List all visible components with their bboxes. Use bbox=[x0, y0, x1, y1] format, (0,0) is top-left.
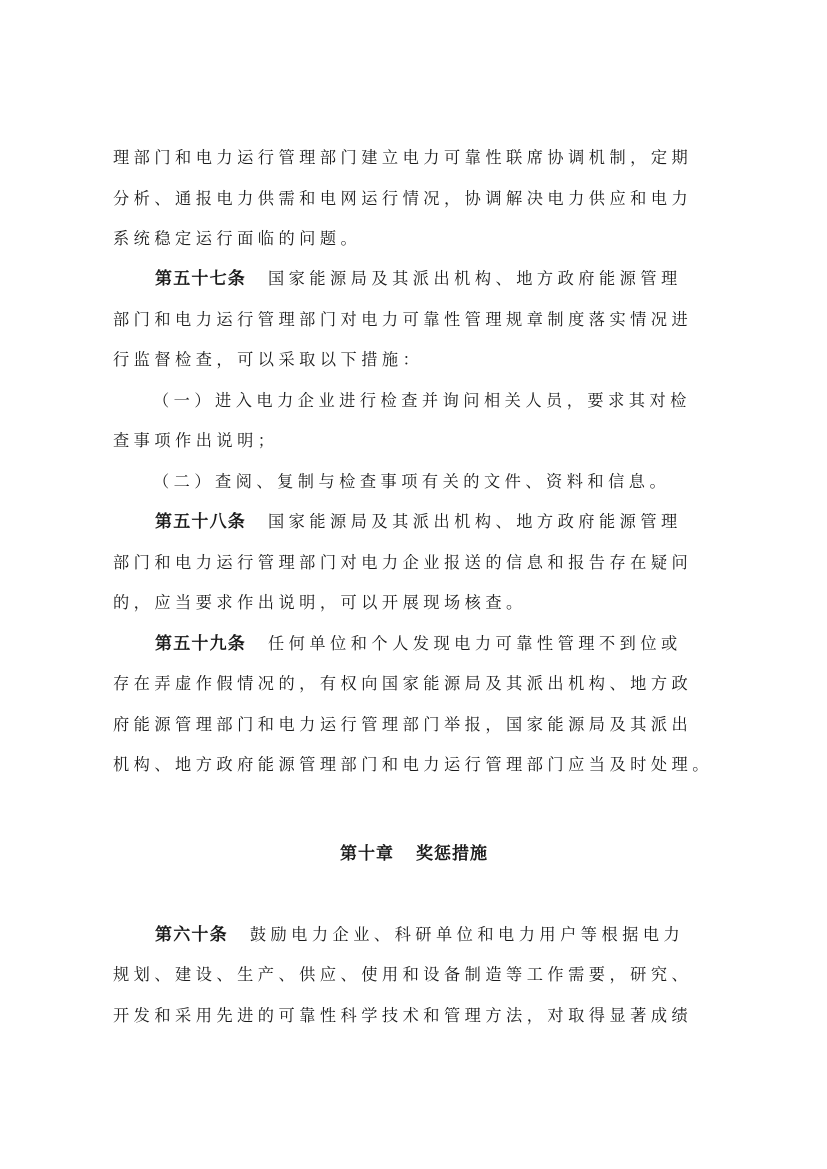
article-58-first-line: 第五十八条国家能源局及其派出机构、地方政府能源管理 bbox=[155, 510, 682, 534]
list-item-1-cont: 查事项作出说明； bbox=[113, 429, 279, 453]
list-item-2: （二）查阅、复制与检查事项有关的文件、资料和信息。 bbox=[153, 470, 670, 494]
paragraph-line: 开发和采用先进的可靠性科学技术和管理方法，对取得显著成绩 bbox=[113, 1004, 692, 1028]
paragraph-line: 府能源管理部门和电力运行管理部门举报，国家能源局及其派出 bbox=[113, 713, 692, 737]
paragraph-line: 分析、通报电力供需和电网运行情况，协调解决电力供应和电力 bbox=[113, 187, 692, 211]
list-item-1: （一）进入电力企业进行检查并询问相关人员，要求其对检 bbox=[153, 389, 691, 413]
paragraph-line: 机构、地方政府能源管理部门和电力运行管理部门应当及时处理。 bbox=[113, 753, 713, 777]
chapter-number: 第十章 bbox=[340, 844, 394, 864]
article-57-label: 第五十七条 bbox=[155, 269, 246, 289]
paragraph-line: 行监督检查，可以采取以下措施： bbox=[113, 348, 423, 372]
paragraph-line: 的，应当要求作出说明，可以开展现场核查。 bbox=[113, 591, 527, 615]
paragraph-line: 存在弄虚作假情况的，有权向国家能源局及其派出机构、地方政 bbox=[113, 672, 692, 696]
paragraph-line: 系统稳定运行面临的问题。 bbox=[113, 227, 361, 251]
article-60-first-line: 第六十条鼓励电力企业、科研单位和电力用户等根据电力 bbox=[155, 923, 684, 947]
article-60-label: 第六十条 bbox=[155, 925, 228, 945]
article-59-label: 第五十九条 bbox=[155, 634, 246, 654]
article-60-text: 鼓励电力企业、科研单位和电力用户等根据电力 bbox=[250, 925, 684, 944]
article-59-text: 任何单位和个人发现电力可靠性管理不到位或 bbox=[268, 634, 682, 653]
chapter-heading: 第十章奖惩措施 bbox=[113, 842, 715, 866]
article-57-first-line: 第五十七条国家能源局及其派出机构、地方政府能源管理 bbox=[155, 267, 682, 291]
chapter-title: 奖惩措施 bbox=[416, 844, 488, 864]
article-58-label: 第五十八条 bbox=[155, 512, 246, 532]
paragraph-line: 部门和电力运行管理部门对电力可靠性管理规章制度落实情况进 bbox=[113, 308, 692, 332]
article-57-text: 国家能源局及其派出机构、地方政府能源管理 bbox=[268, 269, 682, 288]
paragraph-line: 理部门和电力运行管理部门建立电力可靠性联席协调机制，定期 bbox=[113, 146, 692, 170]
article-58-text: 国家能源局及其派出机构、地方政府能源管理 bbox=[268, 512, 682, 531]
paragraph-line: 部门和电力运行管理部门对电力企业报送的信息和报告存在疑问 bbox=[113, 551, 692, 575]
paragraph-line: 规划、建设、生产、供应、使用和设备制造等工作需要，研究、 bbox=[113, 963, 692, 987]
article-59-first-line: 第五十九条任何单位和个人发现电力可靠性管理不到位或 bbox=[155, 632, 682, 656]
